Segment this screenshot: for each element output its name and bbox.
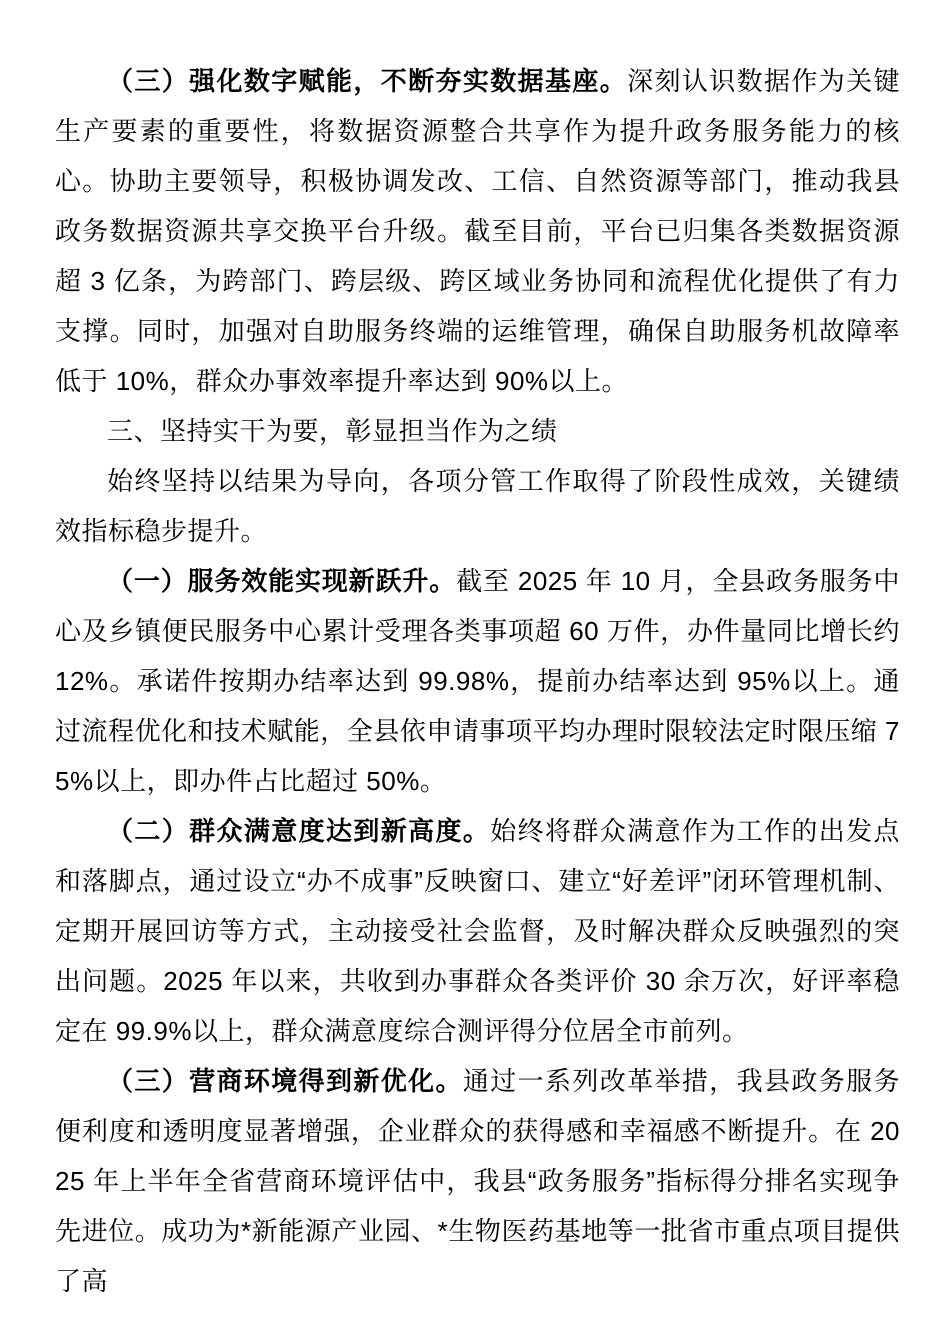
paragraph-public-satisfaction: （二）群众满意度达到新高度。始终将群众满意作为工作的出发点和落脚点，通过设立“办… xyxy=(55,806,900,1056)
paragraph-digital-empowerment: （三）强化数字赋能，不断夯实数据基座。深刻认识数据作为关键生产要素的重要性，将数… xyxy=(55,56,900,406)
paragraph-text: 截至 2025 年 10 月，全县政务服务中心及乡镇便民服务中心累计受理各类事项… xyxy=(55,566,900,796)
section-heading-three: 三、坚持实干为要，彰显担当作为之绩 xyxy=(55,406,900,456)
paragraph-lead-bold: （二）群众满意度达到新高度。 xyxy=(107,816,490,846)
paragraph-lead-bold: （三）强化数字赋能，不断夯实数据基座。 xyxy=(107,66,627,96)
paragraph-intro-results: 始终坚持以结果为导向，各项分管工作取得了阶段性成效，关键绩效指标稳步提升。 xyxy=(55,456,900,556)
section-heading-text: 三、坚持实干为要，彰显担当作为之绩 xyxy=(107,416,558,446)
document-page: （三）强化数字赋能，不断夯实数据基座。深刻认识数据作为关键生产要素的重要性，将数… xyxy=(0,0,950,1344)
paragraph-text: 始终坚持以结果为导向，各项分管工作取得了阶段性成效，关键绩效指标稳步提升。 xyxy=(55,466,900,546)
paragraph-text: 始终将群众满意作为工作的出发点和落脚点，通过设立“办不成事”反映窗口、建立“好差… xyxy=(55,816,900,1046)
paragraph-business-environment: （三）营商环境得到新优化。通过一系列改革举措，我县政务服务便利度和透明度显著增强… xyxy=(55,1056,900,1306)
paragraph-text: 深刻认识数据作为关键生产要素的重要性，将数据资源整合共享作为提升政务服务能力的核… xyxy=(55,66,900,396)
paragraph-text: 通过一系列改革举措，我县政务服务便利度和透明度显著增强，企业群众的获得感和幸福感… xyxy=(55,1066,900,1296)
paragraph-lead-bold: （三）营商环境得到新优化。 xyxy=(107,1066,463,1096)
paragraph-service-efficiency: （一）服务效能实现新跃升。截至 2025 年 10 月，全县政务服务中心及乡镇便… xyxy=(55,556,900,806)
paragraph-lead-bold: （一）服务效能实现新跃升。 xyxy=(107,566,456,596)
